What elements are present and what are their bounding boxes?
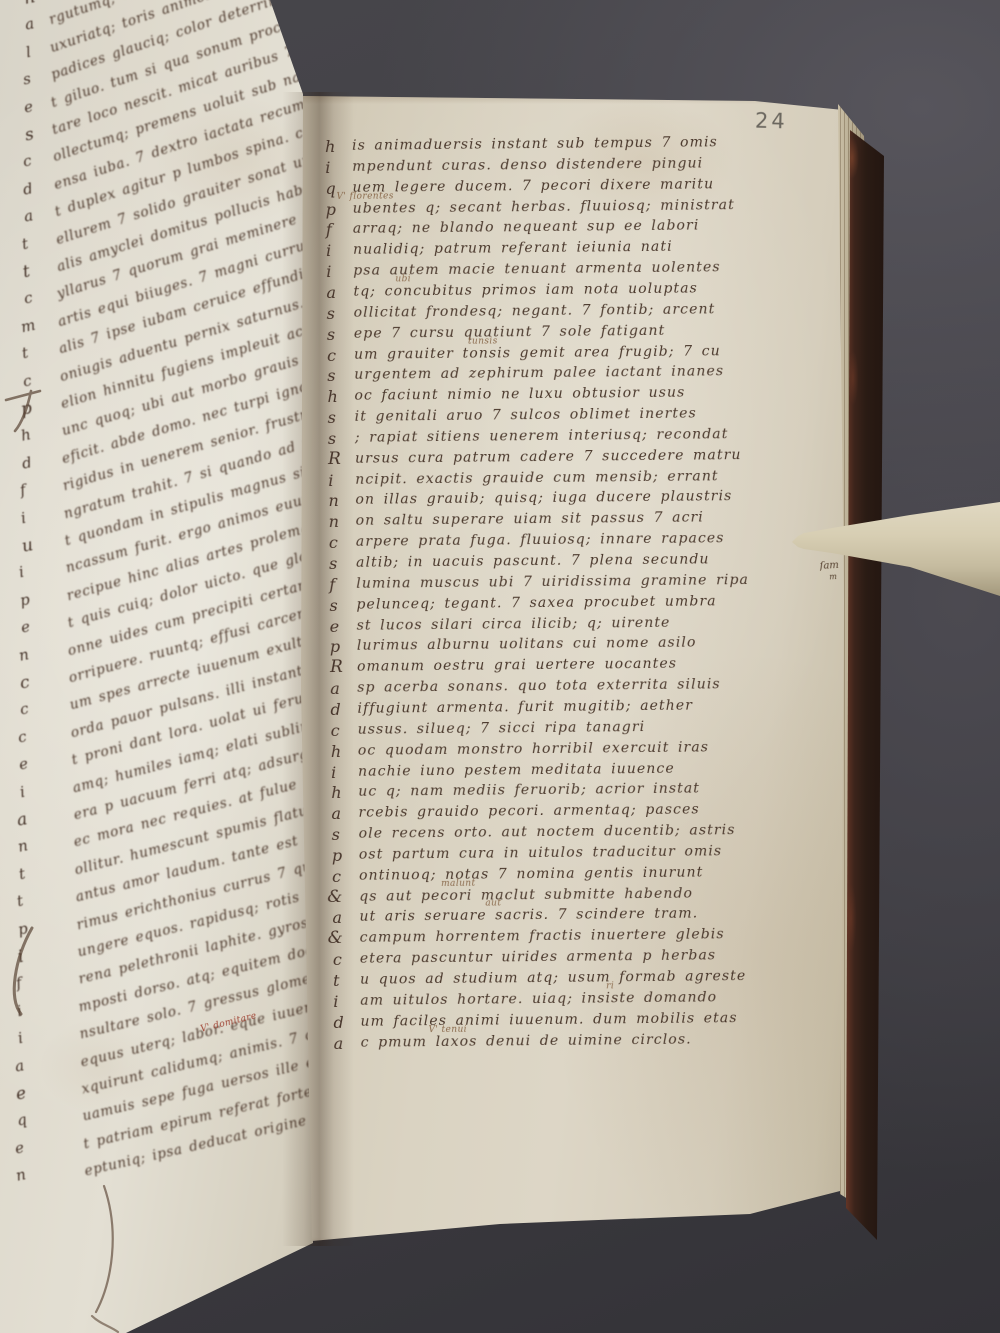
manuscript-line: lumina muscus ubi 7 uiridissima gramine … (356, 572, 749, 592)
manuscript-line: um grauiter tonsis gemit area frugib; 7 … (354, 343, 721, 363)
line-initial: R (328, 449, 341, 469)
line-initial: c (332, 867, 341, 886)
manuscript-line: campum horrentem fractis inuertere glebi… (360, 927, 725, 947)
line-initial: & (328, 928, 343, 948)
manuscript-line: ursus cura patrum cadere 7 succedere mat… (355, 447, 742, 467)
manuscript-line: sp acerba sonans. quo tota exterrita sil… (357, 676, 721, 695)
line-initial: s (327, 304, 335, 323)
line-initial: q (325, 179, 335, 198)
line-initial: & (327, 887, 342, 907)
marginal-edge-note: ſam m (819, 559, 854, 583)
manuscript-line: epe 7 cursu quatiunt 7 sole fatigant (354, 322, 666, 341)
line-initial: a (334, 1033, 344, 1052)
line-initial: h (331, 742, 341, 761)
line-initial: c (329, 533, 338, 552)
line-initial: p (330, 637, 340, 656)
interlinear-gloss: V' tenui (428, 1024, 467, 1034)
manuscript-line: ollicitat frondesq; negant. 7 fontib; ar… (354, 301, 716, 320)
manuscript-line: mpendunt curas. denso distendere pingui (352, 155, 703, 174)
line-initial: i (326, 262, 331, 281)
line-initial: p (326, 199, 336, 218)
right-page-text-block: is animaduersis instant sub tempus 7 omi… (0, 0, 1000, 1333)
manuscript-line: altib; in uacuis pascunt. 7 plena secund… (356, 551, 710, 570)
line-initial: s (328, 429, 336, 448)
manuscript-line: is animaduersis instant sub tempus 7 omi… (352, 134, 718, 154)
manuscript-line: oc faciunt nimio ne luxu obtusior usus (354, 385, 685, 404)
interlinear-gloss: malunt (441, 878, 475, 888)
line-initial: d (330, 700, 340, 719)
manuscript-line: iffugiunt armenta. furit mugitib; aether (357, 697, 693, 716)
manuscript-line: ussus. silueq; 7 sicci ripa tanagri (358, 719, 646, 738)
line-initial: n (329, 512, 339, 531)
line-initial: c (333, 950, 342, 969)
line-initial: f (329, 575, 335, 594)
manuscript-line: uc q; nam mediis feruorib; acrior instat (358, 781, 700, 800)
interlinear-gloss: aut (485, 899, 501, 909)
interlinear-gloss: ri (606, 981, 614, 991)
manuscript-line: pelunceq; tegant. 7 saxea procubet umbra (356, 593, 716, 612)
line-initial: a (331, 804, 341, 823)
line-initial: e (330, 616, 340, 635)
interlinear-gloss: V' florentes (336, 191, 393, 202)
manuscript-line: am uitulos hortare. uiaq; insiste domand… (360, 989, 717, 1008)
manuscript-line: c pmum laxos denui de uimine circlos. (361, 1031, 692, 1050)
manuscript-line: ncipit. exactis grauide cum mensib; erra… (355, 468, 719, 487)
line-initial: a (326, 283, 336, 302)
interlinear-gloss: tunsis (468, 336, 498, 346)
line-initial: R (330, 657, 343, 677)
manuscript-line: qs aut pecori maclut submitte habendo (359, 885, 693, 904)
line-initial: s (329, 596, 337, 615)
interlinear-gloss: ubi (395, 274, 411, 284)
line-initial: s (327, 366, 335, 385)
manuscript-line: nualidiq; patrum referant ieiunia nati (353, 239, 673, 258)
manuscript-line: lurimus alburnu uolitans cui nome asilo (357, 635, 697, 654)
manuscript-line: rcebis grauido pecori. armentaq; pasces (358, 802, 699, 821)
manuscript-line: st lucos silari circa ilicib; q; uirente (357, 614, 671, 633)
manuscript-line: ole recens orto. aut noctem ducentib; as… (359, 822, 736, 842)
line-initial: f (326, 220, 332, 239)
manuscript-line: arpere prata fuga. fluuiosq; innare rapa… (356, 530, 725, 550)
line-initial: s (327, 325, 335, 344)
line-initial: a (330, 679, 340, 698)
line-initial: p (332, 846, 342, 865)
line-initial: i (326, 241, 331, 260)
manuscript-line: u quos ad studium atq; usum formab agres… (360, 968, 746, 988)
manuscript-line: it genitali aruo 7 sulcos oblimet inerte… (355, 406, 697, 425)
line-initial: d (333, 1013, 343, 1032)
line-initial: s (332, 825, 340, 844)
line-initial: i (331, 762, 336, 781)
line-initial: t (333, 971, 340, 990)
manuscript-line: nachie iuno pestem meditata iuuence (358, 760, 675, 779)
manuscript-line: omanum oestru grai uertere uocantes (357, 656, 677, 675)
folio-number: 24 (755, 109, 788, 134)
manuscript-line: uem legere ducem. 7 pecori dixere maritu (352, 176, 714, 195)
manuscript-line: oc quodam monstro horribil exercuit iras (358, 739, 709, 758)
manuscript-line: ; rapiat sitiens uenerem interiusq; reco… (355, 426, 729, 446)
line-initial: n (328, 491, 338, 510)
line-initial: c (327, 345, 336, 364)
manuscript-line: urgentem ad zephirum palee iactant inane… (354, 364, 724, 384)
manuscript-line: etera pascuntur uirides armenta p herbas (360, 947, 716, 966)
line-initial: a (332, 908, 342, 927)
manuscript-line: ubentes q; secant herbas. fluuiosq; mini… (353, 197, 735, 217)
manuscript-line: on illas grauib; quisq; iuga ducere plau… (355, 489, 732, 509)
line-initial: s (329, 554, 337, 573)
manuscript-line: ut aris seruare sacris. 7 scindere tram. (359, 906, 698, 925)
manuscript-line: ost partum cura in uitulos traducitur om… (359, 843, 722, 862)
line-initial: s (328, 408, 336, 427)
line-initial: i (333, 992, 338, 1011)
manuscript-line: ontinuoq; notas 7 nomina gentis inurunt (359, 864, 703, 883)
line-initial: c (331, 721, 340, 740)
line-initial: h (325, 137, 335, 156)
manuscript-photo: ec uanos horret strepitus. illi ardua ce… (0, 0, 1000, 1333)
manuscript-line: on saltu superare uiam sit passus 7 acri (356, 510, 704, 529)
manuscript-line: um faciles animi iuuenum. dum mobilis et… (360, 1010, 737, 1030)
edge-note-line: m (829, 570, 855, 582)
line-initial: i (328, 471, 333, 490)
line-initial: i (325, 158, 330, 177)
manuscript-line: arraq; ne blando nequeant sup ee labori (353, 218, 700, 237)
line-initial: h (327, 387, 337, 406)
line-initial: h (331, 783, 341, 802)
